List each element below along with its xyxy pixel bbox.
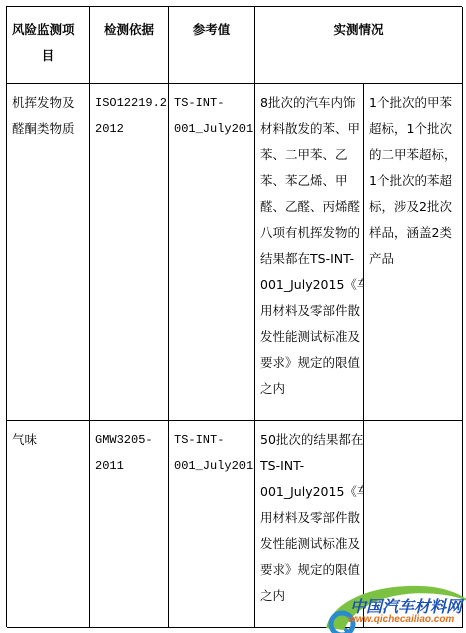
risk-monitoring-table: 风险监测项 目 检测依据 参考值 实测情况 机挥发物及 醛酮类物质 ISO122… <box>6 6 462 627</box>
row1-risk-item: 机挥发物及 醛酮类物质 <box>7 84 90 421</box>
row1-remark-line: 标，涉及2批次 <box>369 194 457 220</box>
header-measured-results: 实测情况 <box>255 7 463 84</box>
header-reference-value: 参考值 <box>169 7 255 84</box>
header-risk-item-line2: 目 <box>12 43 84 69</box>
row2-result-line: 50批次的结果都在 <box>260 427 358 453</box>
row1-result-line: 001_July2015《车 <box>260 272 358 298</box>
row1-remark-line: 1个批次的甲苯 <box>369 90 457 116</box>
row1-remark-line: 样品，涵盖2类 <box>369 220 457 246</box>
row1-result-line: 发性能测试标准及 <box>260 324 358 350</box>
header-test-basis: 检测依据 <box>90 7 169 84</box>
watermark-url: www.qichecailiao.com <box>348 614 454 625</box>
row1-remark-line: 1个批次的苯超 <box>369 168 457 194</box>
row1-risk-item-line: 醛酮类物质 <box>12 116 84 142</box>
row2-test-basis-line: 2011 <box>95 453 163 479</box>
site-watermark: 中国汽车材料网 www.qichecailiao.com <box>312 578 466 633</box>
row1-remark: 1个批次的甲苯 超标，1个批次 的二甲苯超标， 1个批次的苯超 标，涉及2批次 … <box>364 84 463 421</box>
row1-measured-result: 8批次的汽车内饰 材料散发的苯、甲 苯、二甲苯、乙 苯、苯乙烯、甲 醛、乙醛、丙… <box>255 84 364 421</box>
header-measured-results-label: 实测情况 <box>333 22 383 37</box>
row2-test-basis: GMW3205- 2011 <box>90 421 169 628</box>
row1-remark-line: 超标，1个批次 <box>369 116 457 142</box>
row1-result-line: 用材料及零部件散 <box>260 298 358 324</box>
header-risk-item-line1: 风险监测项 <box>12 17 84 43</box>
row1-result-line: 8批次的汽车内饰 <box>260 90 358 116</box>
header-reference-value-label: 参考值 <box>193 22 231 37</box>
row2-reference-value-line: 001_July2015 <box>174 453 249 479</box>
row1-result-line: 之内 <box>260 376 358 402</box>
row2-result-line: 001_July2015《车 <box>260 479 358 505</box>
header-risk-item: 风险监测项 目 <box>7 7 90 84</box>
row1-reference-value-line: TS-INT- <box>174 90 249 116</box>
row1-reference-value-line: 001_July2015 <box>174 116 249 142</box>
row1-result-line: 八项有机挥发物的 <box>260 220 358 246</box>
row1-result-line: 材料散发的苯、甲 <box>260 116 358 142</box>
row2-reference-value-line: TS-INT- <box>174 427 249 453</box>
row1-result-line: 结果都在TS-INT- <box>260 246 358 272</box>
row2-result-line: 发性能测试标准及 <box>260 531 358 557</box>
row1-result-line: 要求》规定的限值 <box>260 350 358 376</box>
row1-result-line: 醛、乙醛、丙烯醛 <box>260 194 358 220</box>
row1-test-basis: ISO12219.2- 2012 <box>90 84 169 421</box>
row1-remark-line: 的二甲苯超标， <box>369 142 457 168</box>
row2-risk-item: 气味 <box>7 421 90 628</box>
row1-risk-item-line: 机挥发物及 <box>12 90 84 116</box>
row1-remark-line: 产品 <box>369 246 457 272</box>
row2-result-line: 用材料及零部件散 <box>260 505 358 531</box>
row2-reference-value: TS-INT- 001_July2015 <box>169 421 255 628</box>
row1-reference-value: TS-INT- 001_July2015 <box>169 84 255 421</box>
row1-test-basis-line: ISO12219.2- <box>95 90 163 116</box>
row2-result-line: TS-INT- <box>260 453 358 479</box>
header-test-basis-label: 检测依据 <box>104 22 154 37</box>
row2-risk-item-line: 气味 <box>12 427 84 453</box>
row1-result-line: 苯、二甲苯、乙 <box>260 142 358 168</box>
row2-test-basis-line: GMW3205- <box>95 427 163 453</box>
row1-test-basis-line: 2012 <box>95 116 163 142</box>
row1-result-line: 苯、苯乙烯、甲 <box>260 168 358 194</box>
